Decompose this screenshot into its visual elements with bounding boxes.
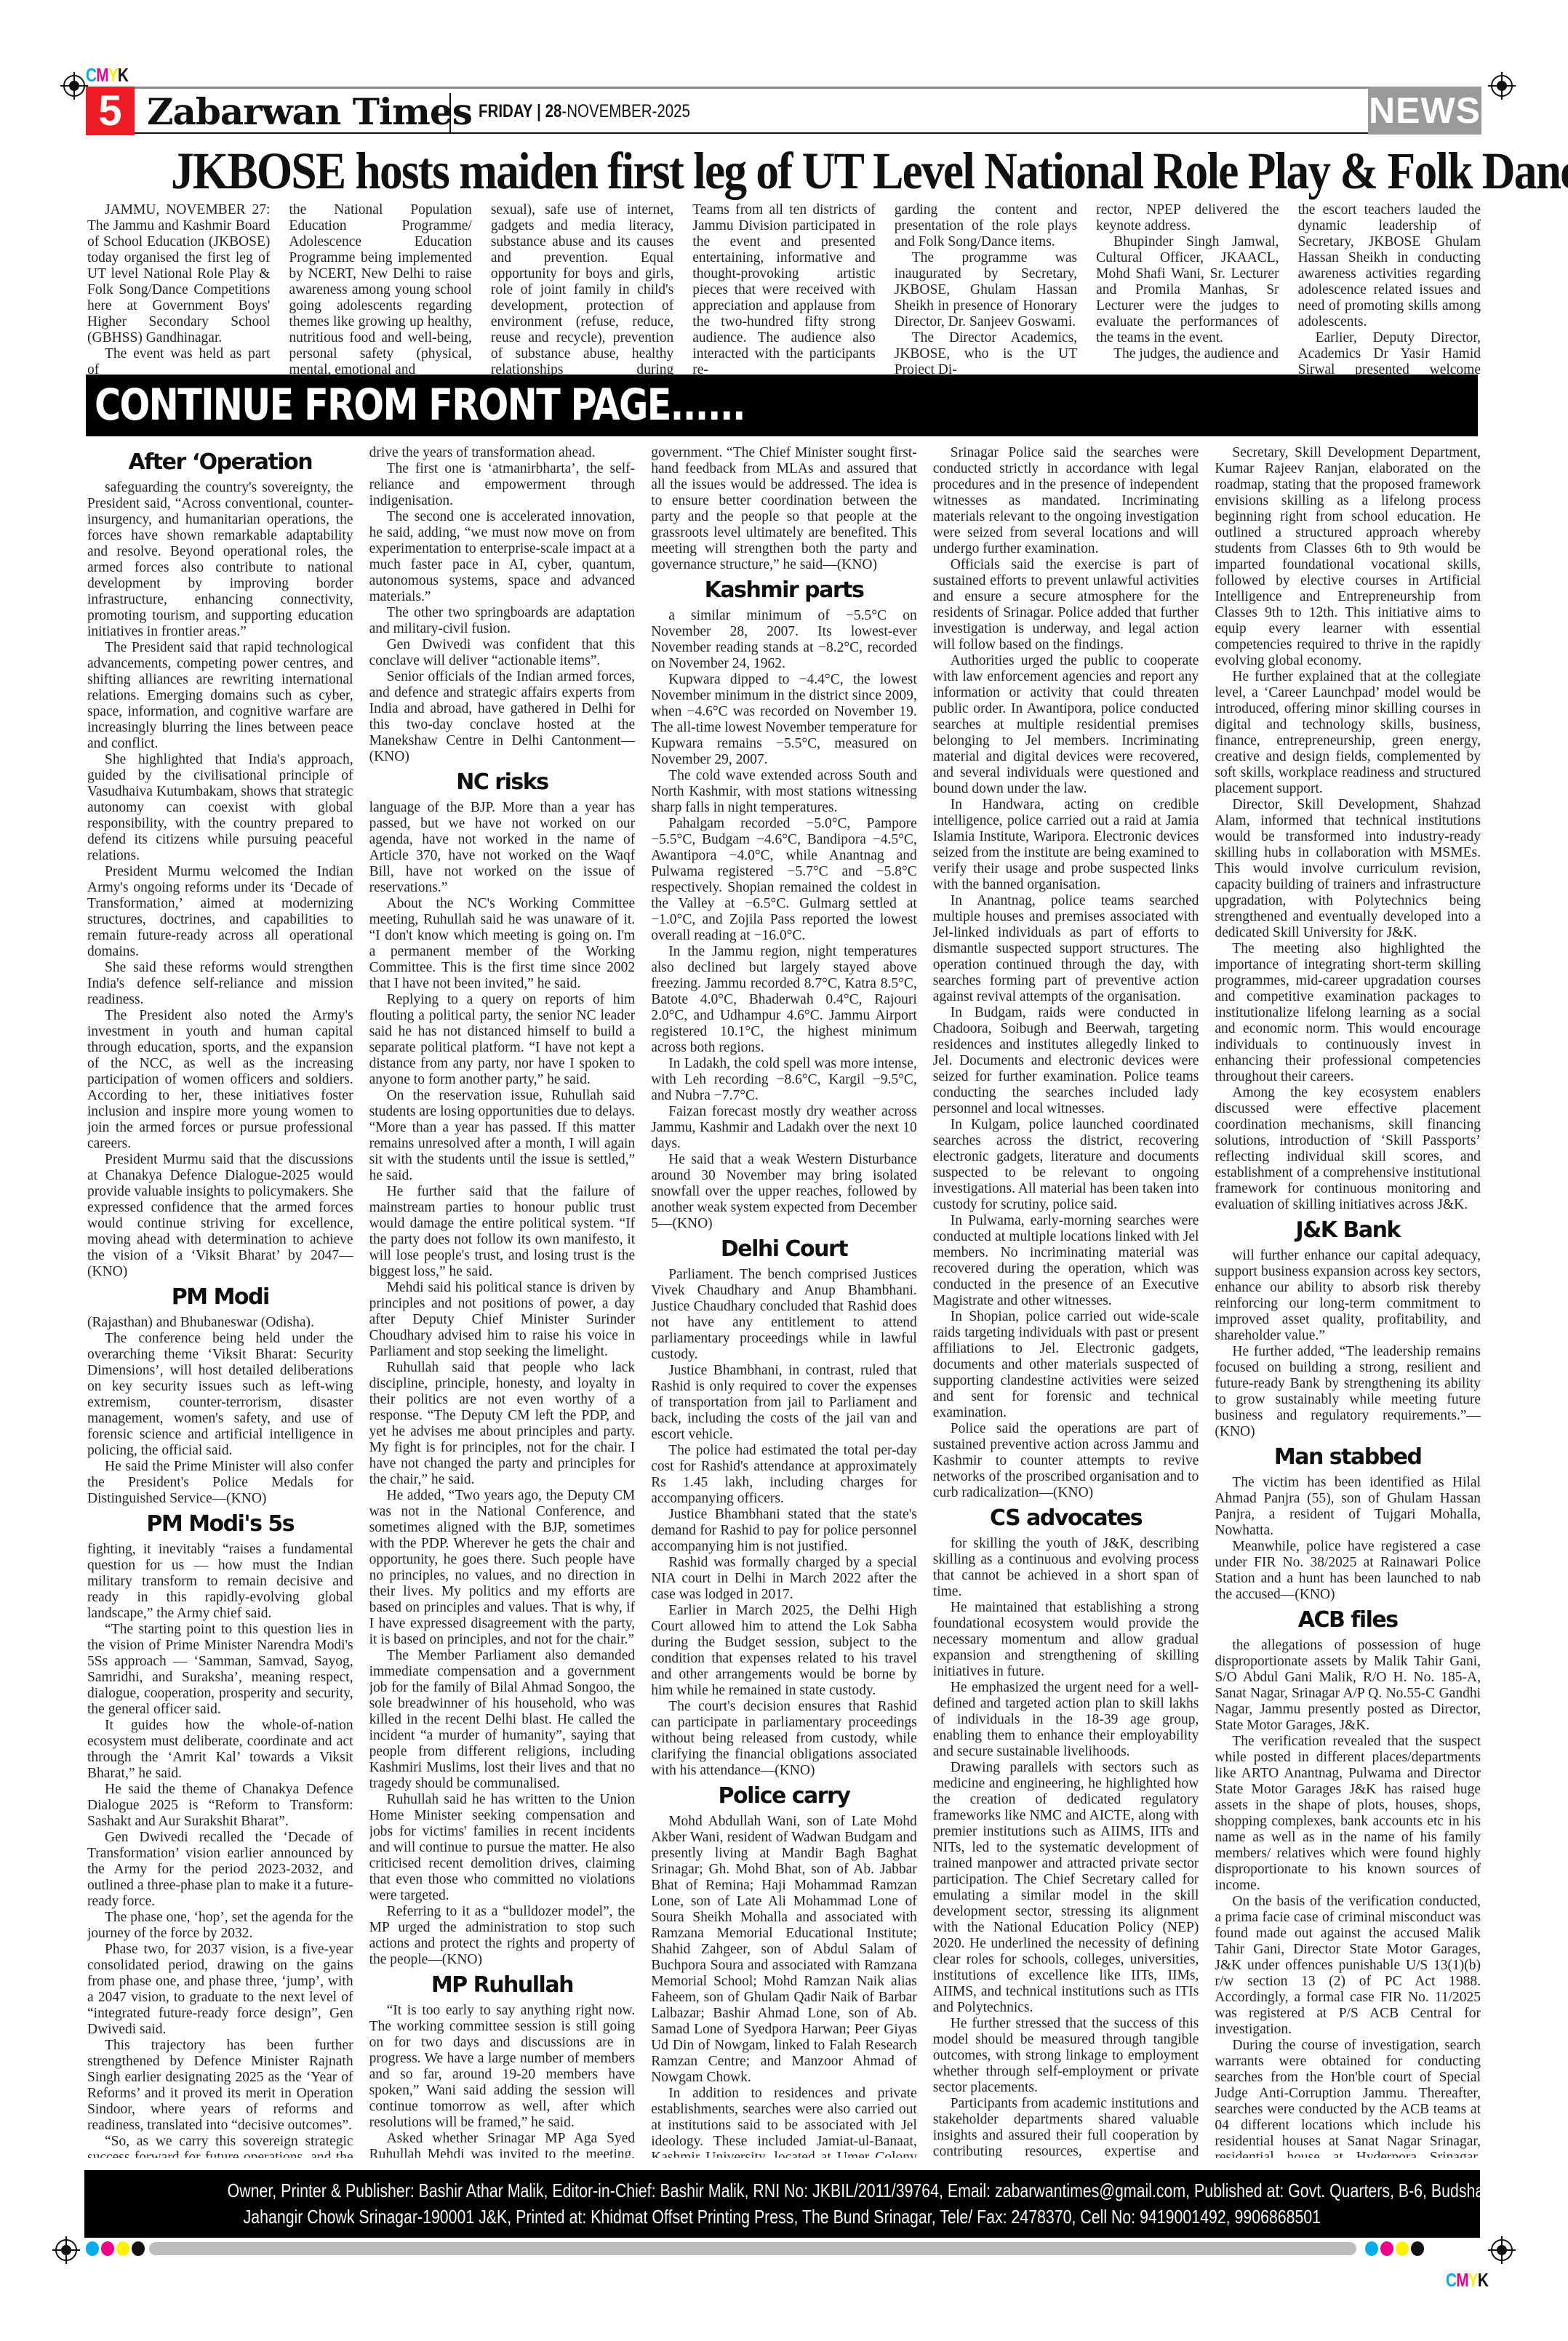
continued-stories: After ‘Operationsafeguarding the country… (87, 445, 1481, 2158)
paragraph: He further added, “The leadership remain… (1215, 1344, 1481, 1440)
date-separator: | (537, 101, 541, 121)
paragraph: The Director Academics, JKBOSE, who is t… (895, 330, 1077, 378)
paragraph: Kupwara dipped to −4.4°C, the lowest Nov… (651, 672, 917, 768)
paragraph: President Murmu said that the discussion… (87, 1152, 353, 1280)
story-heading: Police carry (651, 1782, 917, 1811)
paragraph: Asked whether Srinagar MP Aga Syed Ruhul… (369, 2131, 636, 2158)
paragraph: The Member Parliament also demanded imme… (369, 1648, 636, 1792)
registration-mark-icon (55, 2239, 77, 2261)
paragraph: The President said that rapid technologi… (87, 640, 353, 752)
paper-name: Zabarwan Times (147, 90, 472, 134)
issue-day: FRIDAY (479, 101, 532, 121)
paragraph: Phase two, for 2037 vision, is a five-ye… (87, 1942, 353, 2038)
lead-column-6: rector, NPEP delivered the keynote addre… (1096, 202, 1279, 394)
issue-date-day: 28 (545, 101, 562, 121)
story-heading: NC risks (369, 768, 636, 797)
paragraph: Meanwhile, police have registered a case… (1215, 1539, 1481, 1603)
column-2: drive the years of transformation ahead.… (369, 445, 636, 2158)
paragraph: Faizan forecast mostly dry weather acros… (651, 1104, 917, 1152)
cyan-swatch (1365, 2241, 1378, 2256)
cmyk-k: K (118, 64, 128, 86)
lead-column-3: sexual), safe use of internet, gadgets a… (491, 202, 673, 394)
paragraph: Officials said the exercise is part of s… (933, 557, 1199, 653)
registration-mark-icon (63, 75, 85, 97)
lead-headline: JKBOSE hosts maiden first leg of UT Leve… (171, 143, 1397, 199)
cmyk-c: C (86, 64, 96, 86)
paragraph: Participants from academic institutions … (933, 2096, 1199, 2158)
paragraph: government. “The Chief Minister sought f… (651, 445, 917, 573)
paragraph: The second one is accelerated innovation… (369, 509, 636, 605)
paragraph: Replying to a query on reports of him fl… (369, 992, 636, 1088)
story-heading: MP Ruhullah (369, 1971, 636, 2000)
paragraph: The judges, the audience and (1096, 346, 1279, 362)
paragraph: Director, Skill Development, Shahzad Ala… (1215, 797, 1481, 941)
paragraph: He said the Prime Minister will also con… (87, 1459, 353, 1507)
story-heading: ACB files (1215, 1606, 1481, 1635)
paragraph: safeguarding the country's sovereignty, … (87, 480, 353, 640)
story-heading: After ‘Operation (87, 448, 353, 477)
paragraph: JAMMU, NOVEMBER 27: The Jammu and Kashmi… (87, 202, 270, 346)
paragraph: the allegations of possession of huge di… (1215, 1638, 1481, 1734)
paragraph: In Anantnag, police teams searched multi… (933, 893, 1199, 1005)
masthead-divider (449, 93, 451, 132)
lead-column-7: the escort teachers lauded the dynamic l… (1298, 202, 1481, 394)
cmyk-y: Y (108, 64, 118, 86)
lead-story-body: JAMMU, NOVEMBER 27: The Jammu and Kashmi… (87, 202, 1481, 365)
cmyk-k: K (1478, 2269, 1488, 2291)
paragraph: He further said that the failure of main… (369, 1184, 636, 1280)
paragraph: He said the theme of Chanakya Defence Di… (87, 1782, 353, 1830)
imprint-footer: Owner, Printer & Publisher: Bashir Athar… (84, 2170, 1480, 2238)
story-heading: CS advocates (933, 1504, 1199, 1533)
paragraph: Parliament. The bench comprised Justices… (651, 1267, 917, 1363)
page-number: 5 (86, 87, 135, 135)
magenta-swatch (101, 2241, 114, 2256)
paragraph: The court's decision ensures that Rashid… (651, 1699, 917, 1779)
paragraph: On the reservation issue, Ruhullah said … (369, 1088, 636, 1184)
magenta-swatch (1380, 2241, 1393, 2256)
paragraph: The first one is ‘atmanirbharta’, the se… (369, 461, 636, 509)
gray-color-bar (149, 2242, 1356, 2255)
paragraph: He said that a weak Western Disturbance … (651, 1152, 917, 1232)
registration-mark-icon (1491, 75, 1513, 97)
imprint-line-1: Owner, Printer & Publisher: Bashir Athar… (228, 2177, 1531, 2204)
lead-column-1: JAMMU, NOVEMBER 27: The Jammu and Kashmi… (87, 202, 270, 394)
paragraph: This trajectory has been further strengt… (87, 2038, 353, 2134)
paragraph: Pahalgam recorded −5.0°C, Pampore −5.5°C… (651, 816, 917, 944)
cmyk-m: M (1456, 2269, 1468, 2291)
issue-date: FRIDAY | 28-NOVEMBER-2025 (479, 99, 690, 124)
paragraph: Gen Dwivedi was confident that this conc… (369, 637, 636, 669)
paragraph: (Rajasthan) and Bhubaneswar (Odisha). (87, 1315, 353, 1331)
paragraph: for skilling the youth of J&K, describin… (933, 1536, 1199, 1600)
black-swatch (132, 2241, 145, 2256)
paragraph: In Budgam, raids were conducted in Chado… (933, 1005, 1199, 1117)
paragraph: Mohd Abdullah Wani, son of Late Mohd Akb… (651, 1814, 917, 2086)
banner-text: CONTINUE FROM FRONT PAGE...... (95, 375, 745, 436)
paragraph: Ruhullah said that people who lack disci… (369, 1360, 636, 1488)
paragraph: “The starting point to this question lie… (87, 1622, 353, 1718)
paragraph: Srinagar Police said the searches were c… (933, 445, 1199, 557)
paragraph: In addition to residences and private es… (651, 2086, 917, 2158)
paragraph: The event was held as part of (87, 346, 270, 378)
paragraph: rector, NPEP delivered the keynote addre… (1096, 202, 1279, 234)
paragraph: Secretary, Skill Development Department,… (1215, 445, 1481, 669)
cmyk-label-top: CMYK (86, 64, 128, 87)
paragraph: “It is too early to say anything right n… (369, 2003, 636, 2131)
paragraph: He further stressed that the success of … (933, 2016, 1199, 2096)
color-swatches-right (1365, 2241, 1424, 2256)
paragraph: He emphasized the urgent need for a well… (933, 1680, 1199, 1760)
paragraph: Referring to it as a “bulldozer model”, … (369, 1904, 636, 1968)
paragraph: On the basis of the verification conduct… (1215, 1894, 1481, 2038)
cmyk-m: M (96, 64, 108, 86)
paragraph: In the Jammu region, night temperatures … (651, 944, 917, 1056)
lead-column-2: the National Population Education Progra… (289, 202, 471, 394)
paragraph: the National Population Education Progra… (289, 202, 471, 378)
paragraph: “So, as we carry this sovereign strategi… (87, 2134, 353, 2158)
paragraph: She said these reforms would strengthen … (87, 960, 353, 1008)
paragraph: sexual), safe use of internet, gadgets a… (491, 202, 673, 394)
yellow-swatch (116, 2241, 129, 2256)
paragraph: drive the years of transformation ahead. (369, 445, 636, 461)
cmyk-label-bottom: CMYK (1446, 2269, 1488, 2292)
paragraph: Gen Dwivedi recalled the ‘Decade of Tran… (87, 1830, 353, 1910)
paragraph: The meeting also highlighted the importa… (1215, 941, 1481, 1085)
paragraph: About the NC's Working Committee meeting… (369, 896, 636, 992)
paragraph: In Ladakh, the cold spell was more inten… (651, 1056, 917, 1104)
paragraph: Ruhullah said he has written to the Unio… (369, 1792, 636, 1904)
paragraph: Police said the operations are part of s… (933, 1421, 1199, 1501)
story-heading: Kashmir parts (651, 576, 917, 605)
paragraph: The President also noted the Army's inve… (87, 1008, 353, 1152)
registration-mark-icon (1491, 2239, 1513, 2261)
paragraph: He maintained that establishing a strong… (933, 1600, 1199, 1680)
paragraph: She highlighted that India's approach, g… (87, 752, 353, 864)
paragraph: Justice Bhambhani stated that the state'… (651, 1507, 917, 1555)
story-heading: Man stabbed (1215, 1443, 1481, 1472)
cyan-swatch (86, 2241, 99, 2256)
paragraph: The police had estimated the total per-d… (651, 1443, 917, 1507)
paragraph: In Shopian, police carried out wide-scal… (933, 1309, 1199, 1421)
paragraph: fighting, it inevitably “raises a fundam… (87, 1542, 353, 1622)
section-tag: NEWS (1368, 87, 1481, 135)
imprint-line-2: Jahangir Chowk Srinagar-190001 J&K, Prin… (244, 2204, 1321, 2230)
paragraph: In Pulwama, early-morning searches were … (933, 1213, 1199, 1309)
paragraph: The conference being held under the over… (87, 1331, 353, 1459)
continue-banner: CONTINUE FROM FRONT PAGE...... (86, 375, 1478, 436)
column-1: After ‘Operationsafeguarding the country… (87, 445, 353, 2158)
paragraph: The verification revealed that the suspe… (1215, 1734, 1481, 1894)
paragraph: The victim has been identified as Hilal … (1215, 1475, 1481, 1539)
column-5: Secretary, Skill Development Department,… (1215, 445, 1481, 2158)
paragraph: In Kulgam, police launched coordinated s… (933, 1117, 1199, 1213)
column-4: Srinagar Police said the searches were c… (933, 445, 1199, 2158)
story-heading: PM Modi (87, 1283, 353, 1312)
story-heading: PM Modi's 5s (87, 1510, 353, 1539)
issue-date-rest: -NOVEMBER-2025 (561, 101, 690, 121)
paragraph: President Murmu welcomed the Indian Army… (87, 864, 353, 960)
paragraph: will further enhance our capital adequac… (1215, 1248, 1481, 1344)
story-heading: Delhi Court (651, 1235, 917, 1264)
paragraph: In Handwara, acting on credible intellig… (933, 797, 1199, 893)
cmyk-y: Y (1468, 2269, 1478, 2291)
paragraph: a similar minimum of −5.5°C on November … (651, 608, 917, 672)
paragraph: The phase one, ‘hop’, set the agenda for… (87, 1910, 353, 1942)
paragraph: garding the content and presentation of … (895, 202, 1077, 250)
lead-column-5: garding the content and presentation of … (895, 202, 1077, 394)
cmyk-c: C (1446, 2269, 1456, 2291)
paragraph: the escort teachers lauded the dynamic l… (1298, 202, 1481, 330)
paragraph: The other two springboards are adaptatio… (369, 605, 636, 637)
paragraph: It guides how the whole-of-nation ecosys… (87, 1718, 353, 1782)
yellow-swatch (1396, 2241, 1409, 2256)
paragraph: The cold wave extended across South and … (651, 768, 917, 816)
story-heading: J&K Bank (1215, 1216, 1481, 1245)
paragraph: He added, “Two years ago, the Deputy CM … (369, 1488, 636, 1648)
paragraph: Among the key ecosystem enablers discuss… (1215, 1085, 1481, 1213)
paragraph: Senior officials of the Indian armed for… (369, 669, 636, 765)
paragraph: Rashid was formally charged by a special… (651, 1555, 917, 1603)
paragraph: Drawing parallels with sectors such as m… (933, 1760, 1199, 2016)
paragraph: He further explained that at the collegi… (1215, 669, 1481, 797)
paragraph: Earlier in March 2025, the Delhi High Co… (651, 1603, 917, 1699)
paragraph: The programme was inaugurated by Secreta… (895, 250, 1077, 330)
black-swatch (1411, 2241, 1424, 2256)
paragraph: Teams from all ten districts of Jammu Di… (692, 202, 875, 378)
lead-column-4: Teams from all ten districts of Jammu Di… (692, 202, 875, 394)
column-3: government. “The Chief Minister sought f… (651, 445, 917, 2158)
paragraph: Bhupinder Singh Jamwal, Cultural Officer… (1096, 234, 1279, 346)
color-swatches-left (86, 2241, 145, 2256)
paragraph: Authorities urged the public to cooperat… (933, 653, 1199, 797)
paragraph: During the course of investigation, sear… (1215, 2038, 1481, 2158)
paragraph: Mehdi said his political stance is drive… (369, 1280, 636, 1360)
paragraph: Justice Bhambhani, in contrast, ruled th… (651, 1363, 917, 1443)
masthead: 5 Zabarwan Times FRIDAY | 28-NOVEMBER-20… (86, 87, 1481, 134)
paragraph: language of the BJP. More than a year ha… (369, 800, 636, 896)
